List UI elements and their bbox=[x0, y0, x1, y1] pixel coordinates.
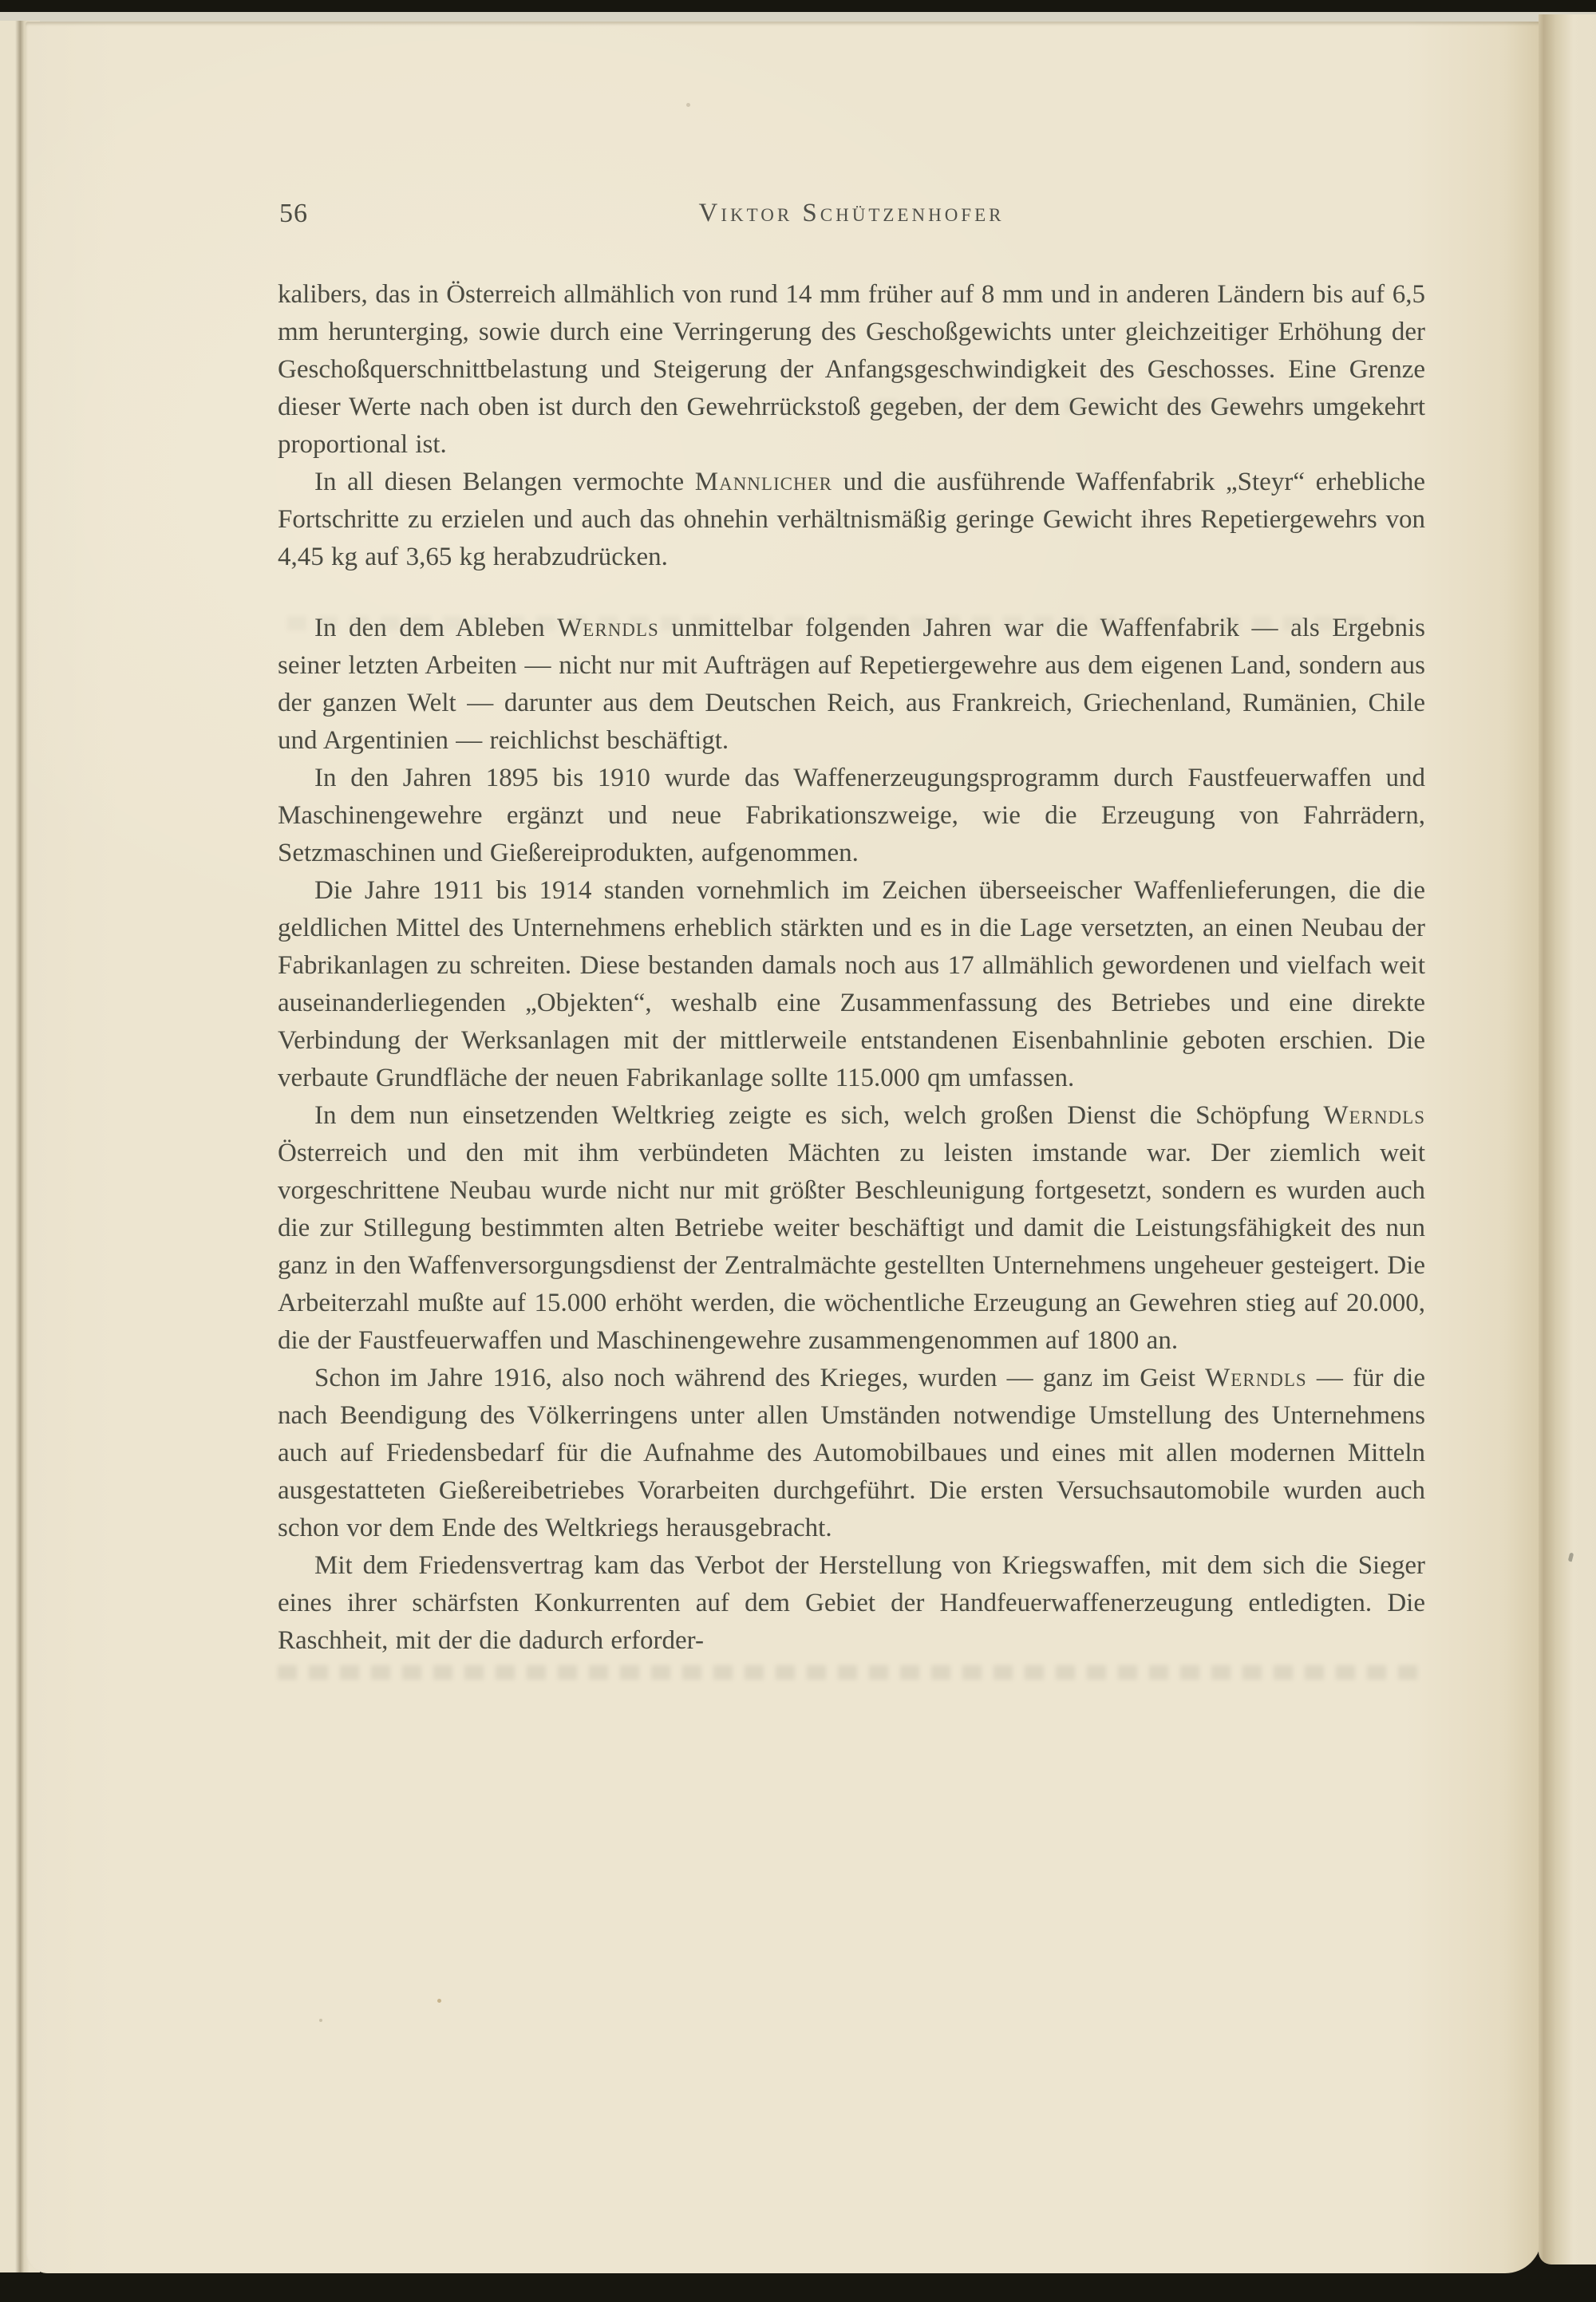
showthrough-ghost-text bbox=[878, 399, 1420, 413]
paper-speck bbox=[319, 2019, 322, 2022]
text-segment: Schon im Jahre 1916, also noch während d… bbox=[314, 1364, 1205, 1392]
text-segment: kalibers, das in Österreich allmählich v… bbox=[278, 280, 1425, 459]
text-segment: In all diesen Belangen vermochte bbox=[314, 468, 695, 496]
paragraph: Schon im Jahre 1916, also noch während d… bbox=[278, 1360, 1425, 1547]
text-segment: Die Jahre 1911 bis 1914 standen vornehml… bbox=[278, 876, 1425, 1092]
small-caps-name: Werndls bbox=[1323, 1101, 1425, 1130]
showthrough-ghost-text bbox=[278, 1665, 1422, 1680]
running-title: Viktor Schützenhofer bbox=[278, 199, 1425, 228]
page-header: 56 Viktor Schützenhofer bbox=[278, 199, 1425, 232]
text-segment: Mit dem Friedensvertrag kam das Verbot d… bbox=[278, 1551, 1425, 1655]
paragraph: In dem nun einsetzenden Weltkrieg zeigte… bbox=[278, 1097, 1425, 1360]
paragraph: Die Jahre 1911 bis 1914 standen vornehml… bbox=[278, 872, 1425, 1097]
paragraph: kalibers, das in Österreich allmählich v… bbox=[278, 276, 1425, 464]
scanned-book-page: { "document": { "page_number": "56", "ru… bbox=[0, 0, 1596, 2302]
paragraph: In den Jahren 1895 bis 1910 wurde das Wa… bbox=[278, 760, 1425, 872]
text-segment: Österreich und den mit ihm verbündeten M… bbox=[278, 1139, 1425, 1355]
paper-speck bbox=[686, 103, 690, 107]
text-segment: In den Jahren 1895 bis 1910 wurde das Wa… bbox=[278, 764, 1425, 867]
text-segment: In dem nun einsetzenden Weltkrieg zeigte… bbox=[314, 1101, 1323, 1130]
paragraph: Mit dem Friedensvertrag kam das Verbot d… bbox=[278, 1547, 1425, 1660]
small-caps-name: Werndls bbox=[1205, 1364, 1307, 1392]
showthrough-ghost-text bbox=[287, 616, 1404, 630]
body-text: kalibers, das in Österreich allmählich v… bbox=[278, 276, 1425, 1660]
paragraph: In den dem Ableben Werndls unmittelbar f… bbox=[278, 610, 1425, 760]
page-number: 56 bbox=[279, 199, 308, 229]
paper-speck bbox=[437, 1999, 441, 2003]
paragraph: In all diesen Belangen vermochte Mannlic… bbox=[278, 464, 1425, 576]
book-page: 56 Viktor Schützenhofer kalibers, das in… bbox=[26, 22, 1542, 2273]
small-caps-name: Mannlicher bbox=[695, 468, 832, 496]
page-content: 56 Viktor Schützenhofer kalibers, das in… bbox=[278, 199, 1425, 1680]
gutter-and-facing-page-edge bbox=[1539, 14, 1596, 2264]
